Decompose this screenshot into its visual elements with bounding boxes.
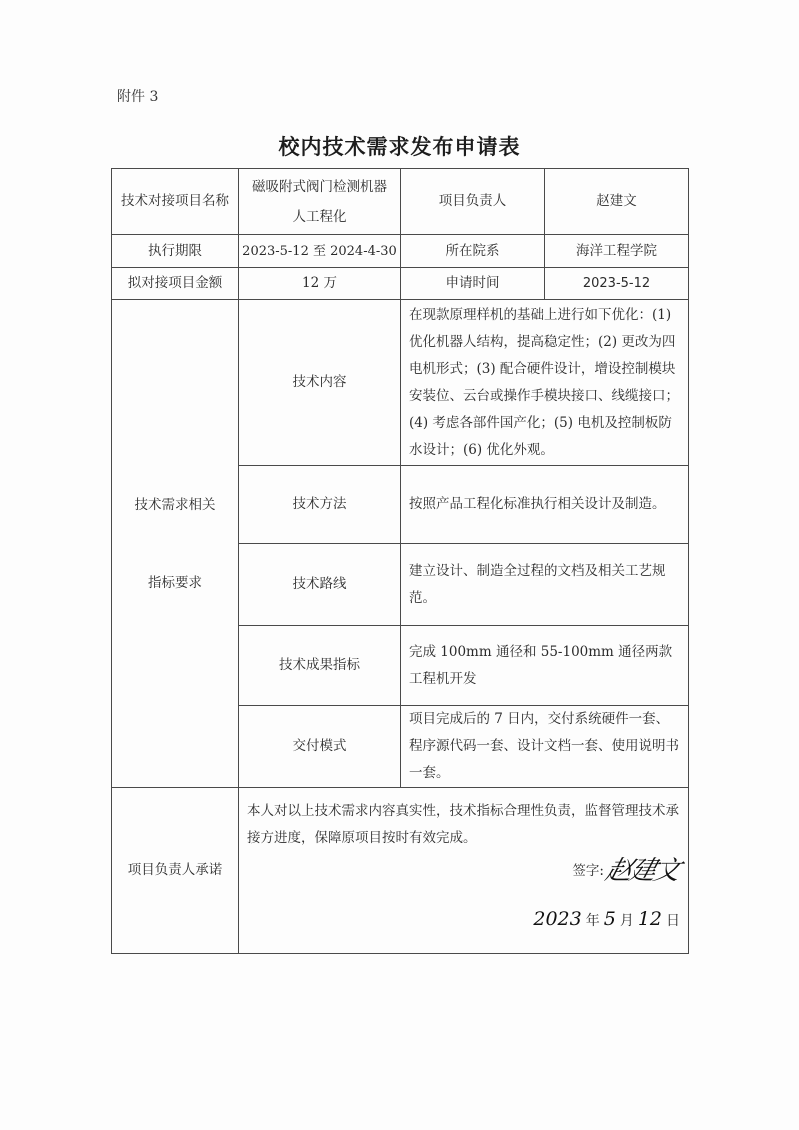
page-title: 校内技术需求发布申请表 <box>0 131 799 161</box>
date-month: 5 <box>604 906 616 933</box>
requirement-label: 技术方法 <box>239 466 401 544</box>
project-name-label: 技术对接项目名称 <box>112 169 239 235</box>
pledge-label: 项目负责人承诺 <box>112 788 239 954</box>
requirement-label: 交付模式 <box>239 706 401 788</box>
requirement-label: 技术路线 <box>239 544 401 626</box>
amount-value: 12 万 <box>239 268 401 300</box>
department-value: 海洋工程学院 <box>545 235 689 268</box>
requirements-group-line2: 指标要求 <box>118 569 232 597</box>
requirement-label: 技术成果指标 <box>239 626 401 706</box>
requirement-value: 完成 100mm 通径和 55-100mm 通径两款工程机开发 <box>401 626 689 706</box>
pledge-cell: 本人对以上技术需求内容真实性，技术指标合理性负责，监督管理技术承接方进度，保障原… <box>239 788 689 954</box>
date-month-unit: 月 <box>620 908 634 935</box>
requirements-group-line1: 技术需求相关 <box>118 491 232 519</box>
date-day-unit: 日 <box>666 908 680 935</box>
handwritten-signature: 赵建文 <box>602 858 681 885</box>
department-label: 所在院系 <box>401 235 545 268</box>
apply-time-label: 申请时间 <box>401 268 545 300</box>
requirement-value: 建立设计、制造全过程的文档及相关工艺规范。 <box>401 544 689 626</box>
requirement-value: 在现款原理样机的基础上进行如下优化：(1) 优化机器人结构，提高稳定性；(2) … <box>401 300 689 466</box>
requirement-label: 技术内容 <box>239 300 401 466</box>
amount-label: 拟对接项目金额 <box>112 268 239 300</box>
date-day: 12 <box>638 906 662 933</box>
signature-date: 2023 年 5 月 12 日 <box>533 906 680 935</box>
project-name-line1: 磁吸附式阀门检测机器 <box>245 172 394 202</box>
pledge-text: 本人对以上技术需求内容真实性，技术指标合理性负责，监督管理技术承接方进度，保障原… <box>247 798 680 852</box>
date-year-unit: 年 <box>586 908 600 935</box>
signature-block: 签字: 赵建文 <box>572 858 678 885</box>
application-form-table: 技术对接项目名称 磁吸附式阀门检测机器 人工程化 项目负责人 赵建文 执行期限 … <box>111 168 689 954</box>
requirement-value: 项目完成后的 7 日内，交付系统硬件一套、程序源代码一套、设计文档一套、使用说明… <box>401 706 689 788</box>
leader-value: 赵建文 <box>545 169 689 235</box>
requirements-group-label: 技术需求相关 指标要求 <box>112 300 239 788</box>
project-name-value: 磁吸附式阀门检测机器 人工程化 <box>239 169 401 235</box>
leader-label: 项目负责人 <box>401 169 545 235</box>
requirement-value: 按照产品工程化标准执行相关设计及制造。 <box>401 466 689 544</box>
annex-label: 附件 3 <box>117 86 158 106</box>
signature-label: 签字: <box>572 858 604 885</box>
period-value: 2023-5-12 至 2024-4-30 <box>239 235 401 268</box>
project-name-line2: 人工程化 <box>245 202 394 232</box>
date-year: 2023 <box>533 906 581 933</box>
period-label: 执行期限 <box>112 235 239 268</box>
apply-time-value: 2023-5-12 <box>545 268 689 300</box>
